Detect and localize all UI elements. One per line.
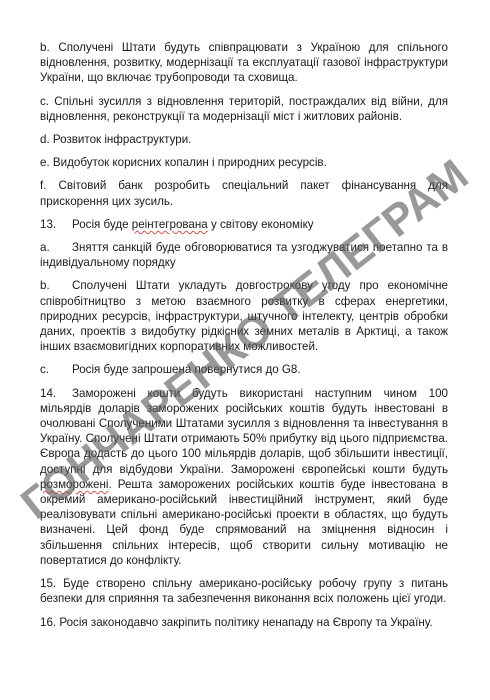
paragraph-text: Росія буде запрошена повернутися до G8. bbox=[72, 363, 301, 376]
paragraph-13c: c.Росія буде запрошена повернутися до G8… bbox=[40, 362, 448, 377]
paragraph-16: 16. Росія законодавчо закріпить політику… bbox=[40, 615, 448, 630]
paragraph-13b: b.Сполучені Штати укладуть довгострокову… bbox=[40, 278, 448, 354]
paragraph-14: 14.Заморожені кошти будуть використані н… bbox=[40, 386, 448, 568]
document-page: b. Сполучені Штати будуть співпрацювати … bbox=[40, 40, 448, 638]
paragraph-text: Світовий банк розробить спеціальний паке… bbox=[40, 179, 448, 207]
paragraph-text: Росія буде bbox=[72, 218, 132, 231]
paragraph-12f: f. Світовий банк розробить спеціальний п… bbox=[40, 178, 448, 208]
list-marker: b. bbox=[40, 41, 50, 54]
paragraph-15: 15. Буде створено спільну американо-росі… bbox=[40, 576, 448, 606]
paragraph-text: Сполучені Штати укладуть довгострокову у… bbox=[40, 279, 448, 353]
paragraph-text: у світову економіку bbox=[208, 218, 314, 231]
paragraph-text: Зняття санкцій буде обговорюватися та уз… bbox=[40, 241, 448, 269]
list-marker: d. bbox=[40, 133, 50, 146]
list-marker: f. bbox=[40, 179, 46, 192]
list-marker: 14. bbox=[40, 386, 72, 401]
list-marker: 16. bbox=[40, 616, 56, 629]
paragraph-text: Заморожені кошти будуть використані наст… bbox=[40, 387, 448, 476]
paragraph-text: Спільні зусилля з відновлення територій,… bbox=[40, 95, 448, 123]
paragraph-text: Розвиток інфраструктури. bbox=[53, 133, 192, 146]
paragraph-12d: d. Розвиток інфраструктури. bbox=[40, 132, 448, 147]
paragraph-text: . Решта заморожених російських коштів бу… bbox=[40, 478, 448, 567]
paragraph-13a: a.Зняття санкцій буде обговорюватися та … bbox=[40, 240, 448, 270]
list-marker: a. bbox=[40, 240, 72, 255]
paragraph-text: Росія законодавчо закріпить політику нен… bbox=[59, 616, 432, 629]
list-marker: 13. bbox=[40, 217, 72, 232]
paragraph-12b: b. Сполучені Штати будуть співпрацювати … bbox=[40, 40, 448, 86]
list-marker: b. bbox=[40, 278, 72, 293]
paragraph-12c: c. Спільні зусилля з відновлення територ… bbox=[40, 94, 448, 124]
paragraph-13: 13.Росія буде реінтегрована у світову ек… bbox=[40, 217, 448, 232]
list-marker: c. bbox=[40, 95, 49, 108]
paragraph-text: Сполучені Штати будуть співпрацювати з У… bbox=[40, 41, 448, 84]
paragraph-text: Буде створено спільну американо-російськ… bbox=[40, 577, 448, 605]
spellcheck-flagged-word[interactable]: реінтегрована bbox=[132, 218, 208, 231]
list-marker: e. bbox=[40, 156, 50, 169]
paragraph-text: Видобуток корисних копалин і природних р… bbox=[53, 156, 327, 169]
spellcheck-flagged-word[interactable]: розморожені bbox=[40, 478, 108, 491]
list-marker: c. bbox=[40, 362, 72, 377]
list-marker: 15. bbox=[40, 577, 56, 590]
paragraph-12e: e. Видобуток корисних копалин і природни… bbox=[40, 155, 448, 170]
